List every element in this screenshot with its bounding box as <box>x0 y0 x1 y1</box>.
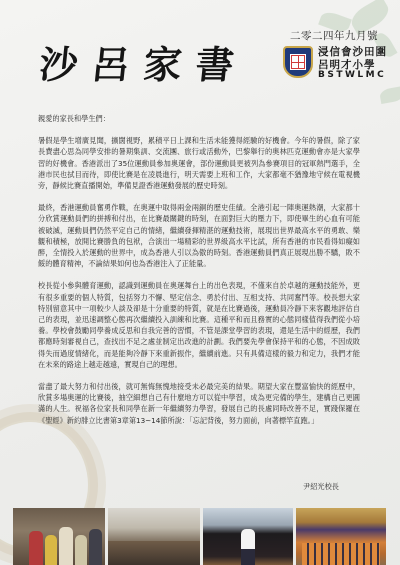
school-name-line1: 浸信會沙田圍 <box>318 46 387 59</box>
photo-strip <box>13 508 387 565</box>
group-photo-awards <box>13 508 105 565</box>
school-crest-icon <box>283 46 313 78</box>
school-name-cn: 浸信會沙田圍 呂明才小學 <box>318 46 387 72</box>
signature: 尹紹光校長 <box>303 482 339 492</box>
newsletter-title: 沙呂家書 <box>37 34 251 89</box>
hall-assembly-photo <box>108 508 200 565</box>
choir-performance-photo <box>296 508 386 565</box>
letter-body: 親愛的家長和學生們： 暑假是學生增廣見聞，擴闊視野，累積平日上課和生活未能獲得經… <box>38 113 360 437</box>
principal-speech-photo <box>203 508 293 565</box>
paragraph: 校長從小參與體育運動，認識到運動員在奧運舞台上的出色表現，不僅來自於卓越的運動技… <box>38 280 360 370</box>
school-name-en: BSTWLMC <box>318 70 386 80</box>
greeting: 親愛的家長和學生們： <box>38 113 360 124</box>
paragraph: 最終，香港運動員奮勇作戰，在奧運中取得兩金兩銅的歷史佳績。全港引起一陣奧運熱潮，… <box>38 202 360 269</box>
issue-date: 二零二四年九月號 <box>290 28 378 43</box>
newsletter-header: 沙呂家書 二零二四年九月號 浸信會沙田圍 呂明才小學 BSTWLMC <box>0 0 400 100</box>
paragraph: 暑假是學生增廣見聞，擴闊視野，累積平日上課和生活未能獲得經驗的好機會。今年的暑假… <box>38 135 360 191</box>
paragraph: 當盡了最大努力和付出後，就可無悔無愧地接受未必最完美的結果。期望大家在豐富愉快的… <box>38 381 360 426</box>
